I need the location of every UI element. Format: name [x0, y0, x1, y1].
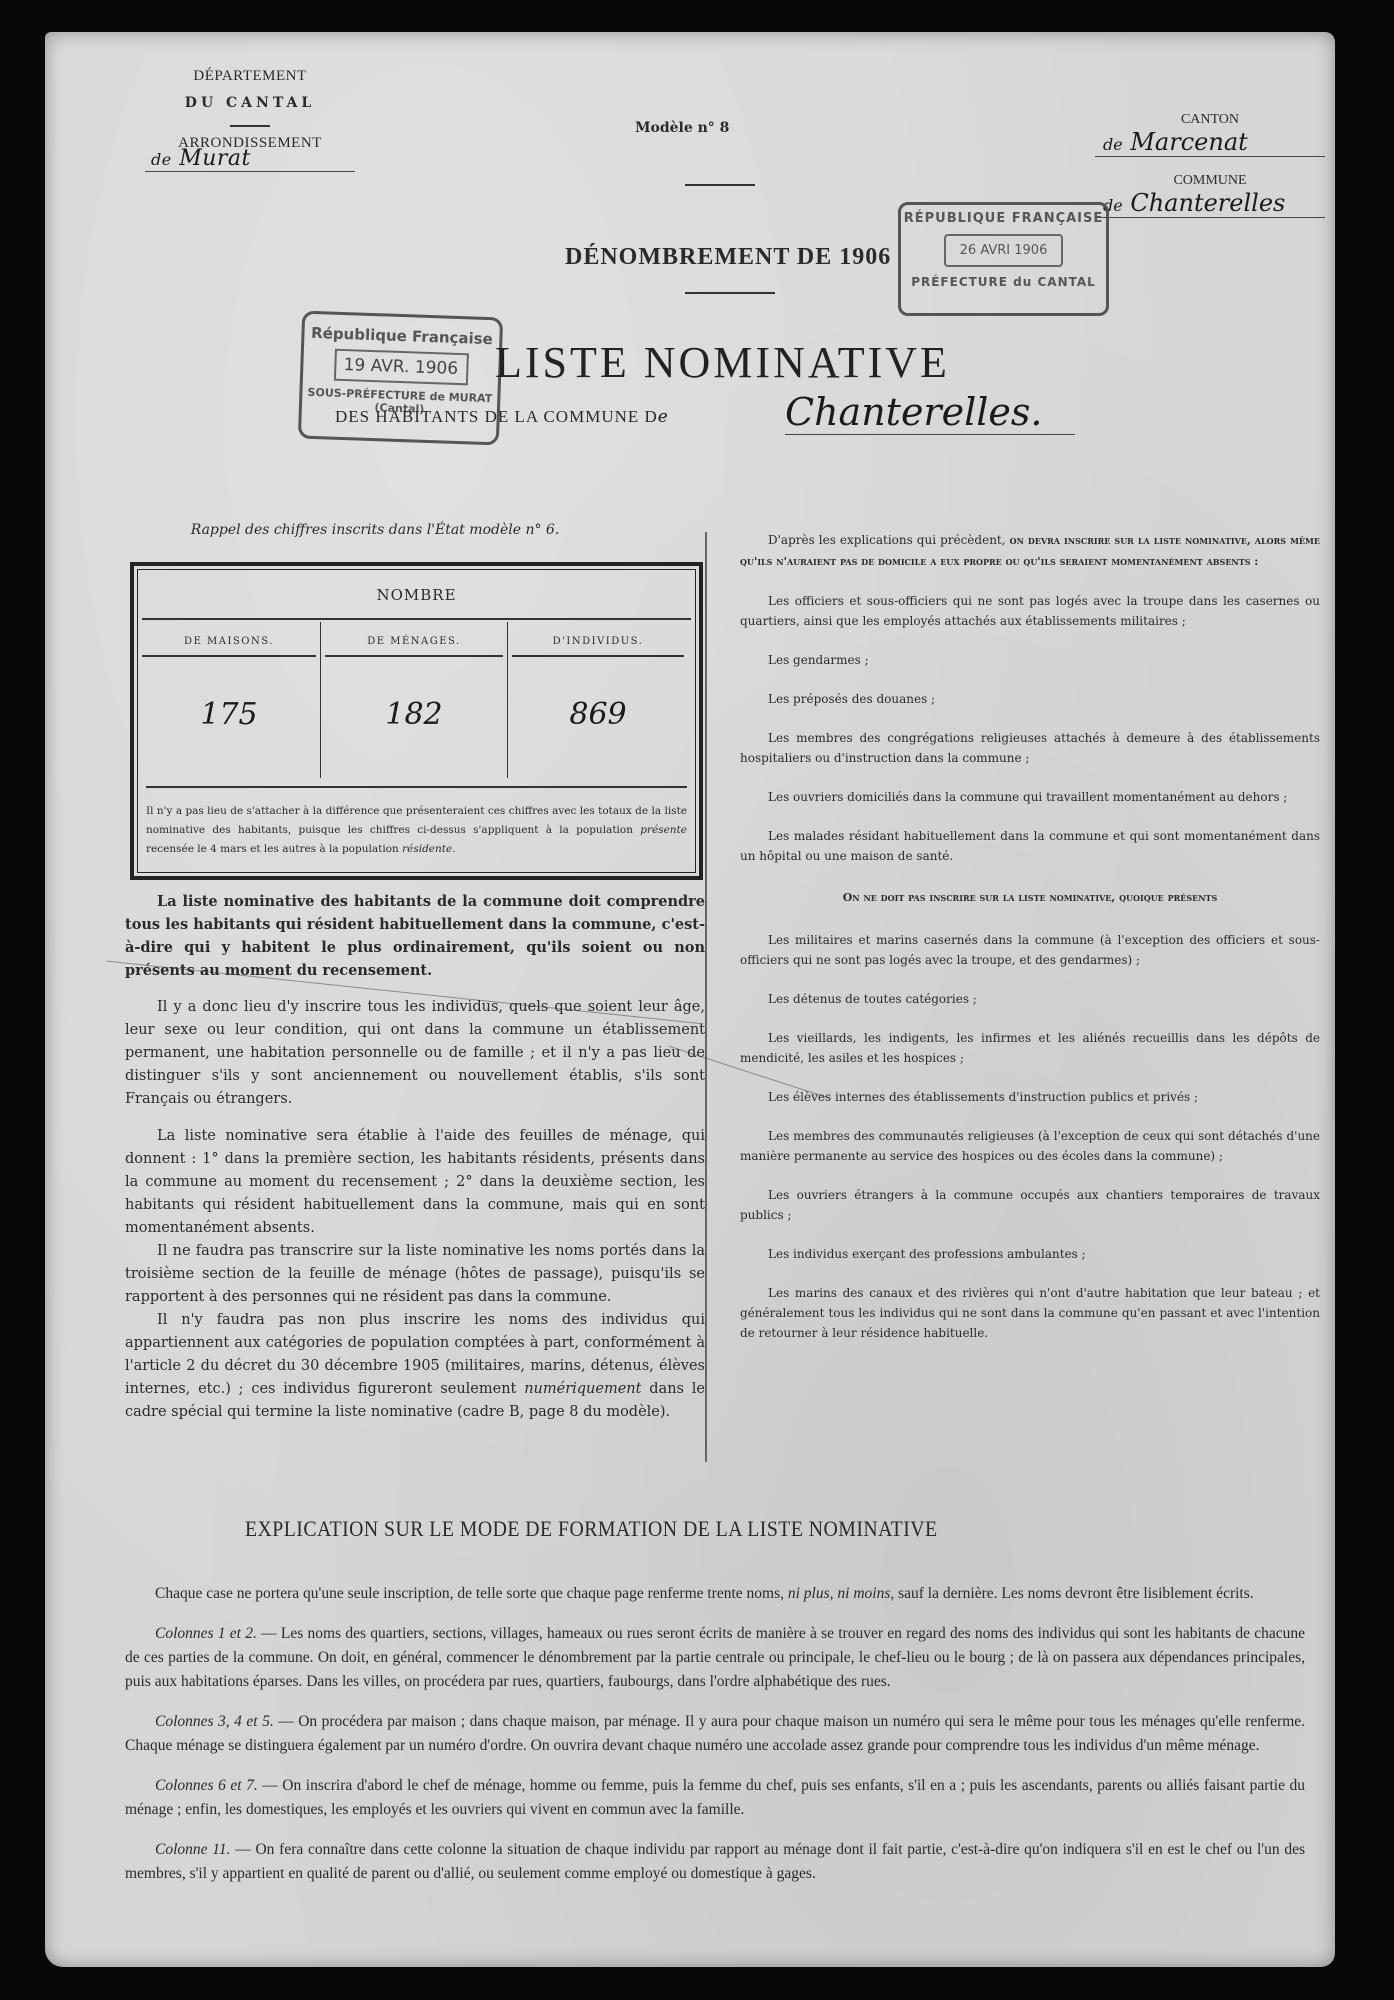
column-instruction: Colonnes 1 et 2. — Les noms des quartier… [125, 1622, 1305, 1694]
page-title: LISTE NOMINATIVE [495, 337, 950, 388]
paragraph: Chaque case ne portera qu'une seule insc… [125, 1582, 1305, 1606]
canton-block: CANTON de Marcenat COMMUNE de Chanterell… [1095, 112, 1325, 218]
brace-rule [142, 618, 691, 620]
include-item: Les officiers et sous-officiers qui ne s… [740, 591, 1320, 631]
prefecture-stamp: RÉPUBLIQUE FRANÇAISE 26 AVRI 1906 PRÉFEC… [898, 202, 1109, 316]
departement-block: DÉPARTEMENT DU CANTAL ARRONDISSEMENT de … [145, 68, 355, 172]
paragraph: Il n'y faudra pas non plus inscrire les … [125, 1309, 705, 1424]
canton-label: CANTON [1095, 112, 1325, 128]
divider [685, 184, 755, 186]
include-item: Les malades résidant habituellement dans… [740, 826, 1320, 866]
column-individus: D'INDIVIDUS. 869 [508, 622, 688, 778]
column-instruction: Colonnes 3, 4 et 5. — On procédera par m… [125, 1710, 1305, 1758]
column-maisons: DE MAISONS. 175 [138, 622, 321, 778]
page-subtitle: DES HABITANTS DE LA COMMUNE De [335, 407, 669, 427]
exclude-item: Les individus exerçant des professions a… [740, 1244, 1320, 1264]
arrondissement-handwritten: de Murat [145, 146, 355, 172]
exclude-item: Les vieillards, les indigents, les infir… [740, 1028, 1320, 1068]
exclude-item: Les militaires et marins casernés dans l… [740, 930, 1320, 970]
exclude-heading: On ne doit pas inscrire sur la liste nom… [740, 888, 1320, 908]
commune-label: COMMUNE [1095, 173, 1325, 189]
commune-name-handwritten: Chanterelles. [785, 390, 1075, 435]
departement-label: DÉPARTEMENT [145, 68, 355, 85]
rappel-caption: Rappel des chiffres inscrits dans l'État… [145, 522, 605, 538]
nombre-table: NOMBRE DE MAISONS. 175 DE MÉNAGES. 182 D… [130, 562, 703, 880]
modele-number: Modèle n° 8 [635, 120, 729, 136]
individus-value: 869 [508, 697, 688, 732]
menages-value: 182 [321, 697, 507, 732]
exclude-item: Les détenus de toutes catégories ; [740, 989, 1320, 1009]
exclude-item: Les ouvriers étrangers à la commune occu… [740, 1185, 1320, 1225]
paragraph: Il y a donc lieu d'y inscrire tous les i… [125, 996, 705, 1111]
include-item: Les gendarmes ; [740, 650, 1320, 670]
divider [230, 125, 270, 127]
include-item: Les préposés des douanes ; [740, 689, 1320, 709]
canton-handwritten: de Marcenat [1095, 128, 1325, 157]
column-instruction: Colonne 11. — On fera connaître dans cet… [125, 1838, 1305, 1886]
include-item: Les ouvriers domiciliés dans la commune … [740, 787, 1320, 807]
left-instructions: La liste nominative des habitants de la … [125, 890, 705, 1424]
departement-value: DU CANTAL [145, 95, 355, 111]
nombre-heading: NOMBRE [134, 586, 699, 604]
stamp-date: 26 AVRI 1906 [944, 234, 1063, 267]
column-menages: DE MÉNAGES. 182 [321, 622, 508, 778]
intro: D'après les explications qui précèdent, … [740, 530, 1320, 572]
denombrement-heading: DÉNOMBREMENT DE 1906 [565, 244, 891, 271]
paragraph: Il ne faudra pas transcrire sur la liste… [125, 1240, 705, 1309]
paragraph: La liste nominative sera établie à l'aid… [125, 1125, 705, 1240]
right-instructions: D'après les explications qui précèdent, … [740, 530, 1320, 1362]
commune-handwritten: de Chanterelles [1095, 189, 1325, 218]
exclude-item: Les marins des canaux et des rivières qu… [740, 1283, 1320, 1343]
census-document-page: DÉPARTEMENT DU CANTAL ARRONDISSEMENT de … [45, 32, 1335, 1967]
paragraph: La liste nominative des habitants de la … [125, 890, 705, 982]
column-divider [705, 532, 707, 1462]
rappel-note: Il n'y a pas lieu de s'attacher à la dif… [146, 786, 687, 859]
column-instruction: Colonnes 6 et 7. — On inscrira d'abord l… [125, 1774, 1305, 1822]
explication-heading: EXPLICATION SUR LE MODE DE FORMATION DE … [245, 1516, 938, 1542]
explication-body: Chaque case ne portera qu'une seule insc… [125, 1582, 1305, 1902]
exclude-item: Les membres des communautés religieuses … [740, 1126, 1320, 1166]
stamp-date: 19 AVR. 1906 [333, 349, 468, 386]
include-item: Les membres des congrégations religieuse… [740, 728, 1320, 768]
maisons-value: 175 [138, 697, 320, 732]
ornament-rule [685, 292, 775, 294]
